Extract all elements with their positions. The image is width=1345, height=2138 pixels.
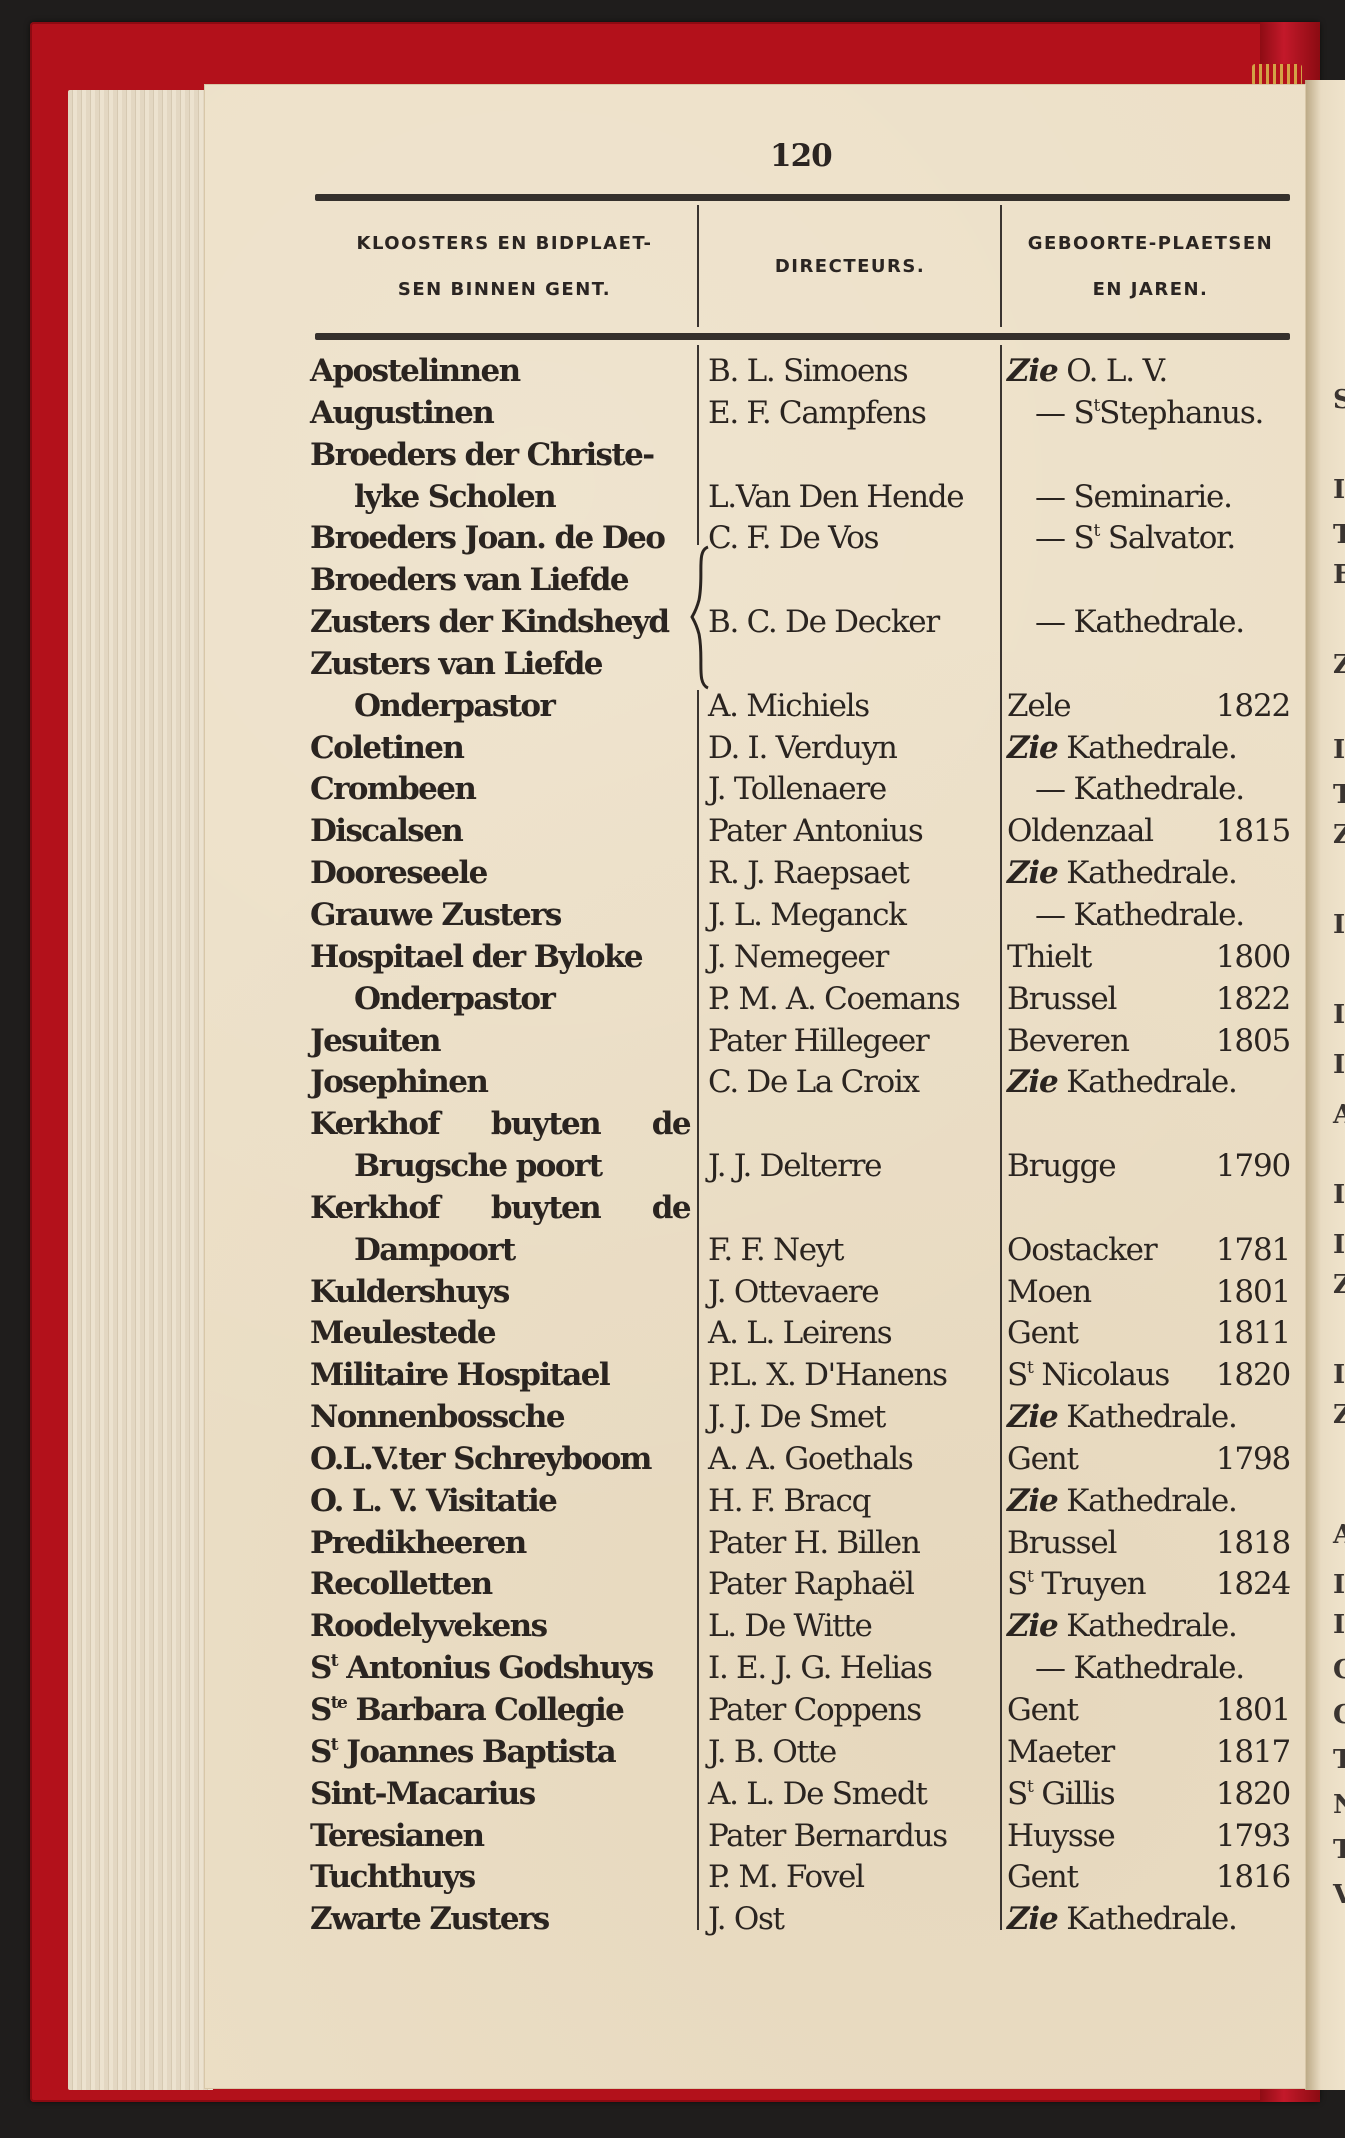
reference-target: Kathedrale. xyxy=(1073,897,1243,933)
birthplace: Moen xyxy=(1007,1271,1091,1313)
institution-name: Jesuiten xyxy=(310,1023,440,1059)
institution-cell: Onderpastor xyxy=(310,685,739,727)
word: Kerkhof xyxy=(310,1103,439,1145)
director-cell: A. L. De Smedt xyxy=(708,1773,1000,1815)
birthplace: Oostacker xyxy=(1007,1229,1156,1271)
director-cell: H. F. Bracq xyxy=(708,1480,1000,1522)
director-cell: E. F. Campfens xyxy=(708,392,1000,434)
director-cell: Pater Hillegeer xyxy=(708,1020,1000,1062)
table-row: Broeders der Christe- xyxy=(310,434,1300,476)
table-row: MeulestedeA. L. LeirensGent1811 xyxy=(310,1312,1300,1354)
institution-cell: Augustinen xyxy=(310,392,695,434)
director-cell: L.Van Den Hende xyxy=(708,476,1000,518)
edge-letter: N xyxy=(1333,1790,1345,1820)
place-name: Truyen xyxy=(1033,1566,1146,1602)
birth-year: 1801 xyxy=(1216,1271,1290,1313)
table-row: lyke ScholenL.Van Den Hende— Seminarie. xyxy=(310,476,1300,518)
birth-year: 1800 xyxy=(1216,936,1290,978)
table-row: CrombeenJ. Tollenaere— Kathedrale. xyxy=(310,768,1300,810)
edge-letter: C xyxy=(1333,1655,1345,1685)
director-cell: Pater H. Billen xyxy=(708,1522,1000,1564)
table-row: OnderpastorP. M. A. CoemansBrussel1822 xyxy=(310,978,1300,1020)
edge-letter: I xyxy=(1333,1230,1345,1260)
institution-cell: Zwarte Zusters xyxy=(310,1898,695,1940)
institution-cell: Coletinen xyxy=(310,727,695,769)
edge-letter: I xyxy=(1333,475,1345,505)
birth-year: 1801 xyxy=(1216,1689,1290,1731)
institution-name: Teresianen xyxy=(310,1818,483,1854)
place-name: Brussel xyxy=(1007,981,1116,1017)
director-cell: Pater Coppens xyxy=(708,1689,1000,1731)
birth-year: 1820 xyxy=(1216,1773,1290,1815)
table-row: TeresianenPater BernardusHuysse1793 xyxy=(310,1815,1300,1857)
zie-label: Zie xyxy=(1007,855,1058,891)
table-row: Zwarte ZustersJ. OstZie Kathedrale. xyxy=(310,1898,1300,1940)
header-bottom-rule xyxy=(315,333,1290,340)
birthplace: Brugge xyxy=(1007,1145,1115,1187)
table-row: DampoortF. F. NeytOostacker1781 xyxy=(310,1229,1300,1271)
zie-label: Zie xyxy=(1007,1901,1058,1937)
page-gutter xyxy=(1305,80,1345,2090)
director-cell: Pater Antonius xyxy=(708,810,1000,852)
institution-name: Grauwe Zusters xyxy=(310,897,561,933)
institution-name: Predikheeren xyxy=(310,1525,526,1561)
table-row: JosephinenC. De La CroixZie Kathedrale. xyxy=(310,1061,1300,1103)
word: de xyxy=(652,1187,690,1229)
institution-name: Onderpastor xyxy=(354,688,554,724)
column-header-institutions: KLOOSTERS EN BIDPLAET- SEN BINNEN GENT. xyxy=(312,204,697,330)
director-cell: D. I. Verduyn xyxy=(708,727,1000,769)
institution-name: Meulestede xyxy=(310,1315,495,1351)
institution-name: Roodelyvekens xyxy=(310,1608,546,1644)
table-row: O.L.V.ter SchreyboomA. A. GoethalsGent17… xyxy=(310,1438,1300,1480)
saint-prefix: S xyxy=(310,1650,331,1686)
birth-year: 1818 xyxy=(1216,1522,1290,1564)
table-row: NonnenbosscheJ. J. De SmetZie Kathedrale… xyxy=(310,1396,1300,1438)
institution-cell: Militaire Hospitael xyxy=(310,1354,695,1396)
institution-name: Broeders der Christe- xyxy=(310,437,654,473)
birth-year: 1781 xyxy=(1216,1229,1290,1271)
institution-name: Hospitael der Byloke xyxy=(310,939,642,975)
institution-name: Dooreseele xyxy=(310,855,487,891)
institution-name: Zwarte Zusters xyxy=(310,1901,549,1937)
birth-year: 1815 xyxy=(1216,810,1290,852)
edge-letter: C xyxy=(1333,1700,1345,1730)
institution-cell: Brugsche poort xyxy=(310,1145,739,1187)
institution-cell: lyke Scholen xyxy=(310,476,739,518)
table-row: TuchthuysP. M. FovelGent1816 xyxy=(310,1856,1300,1898)
edge-letter: E xyxy=(1333,560,1345,590)
place-name: Gent xyxy=(1007,1441,1078,1477)
page-number: 120 xyxy=(770,138,830,174)
header-line: EN JAREN. xyxy=(1093,267,1209,313)
cross-reference: — St Salvator. xyxy=(1035,517,1235,559)
birth-year: 1805 xyxy=(1216,1020,1290,1062)
institution-cell: Meulestede xyxy=(310,1312,695,1354)
header-divider xyxy=(1000,205,1002,327)
director-cell: B. L. Simoens xyxy=(708,350,1000,392)
birthplace: Oldenzaal xyxy=(1007,810,1153,852)
institution-name: Sint-Macarius xyxy=(310,1776,535,1812)
saint-prefix: S xyxy=(310,1692,331,1728)
cross-reference: Zie Kathedrale. xyxy=(1007,1396,1237,1438)
institution-name: Onderpastor xyxy=(354,981,554,1017)
word: buyten xyxy=(491,1187,600,1229)
director-cell: J. J. De Smet xyxy=(708,1396,1000,1438)
place-name: Brussel xyxy=(1007,1525,1116,1561)
page-edges xyxy=(68,90,213,2090)
director-cell: R. J. Raepsaet xyxy=(708,852,1000,894)
institution-cell: Broeders van Liefde xyxy=(310,559,695,601)
table-row: OnderpastorA. MichielsZele1822 xyxy=(310,685,1300,727)
table-row: DiscalsenPater AntoniusOldenzaal1815 xyxy=(310,810,1300,852)
institution-cell: Kerkhofbuytende xyxy=(310,1103,690,1145)
institution-cell: Crombeen xyxy=(310,768,695,810)
director-cell: I. E. J. G. Helias xyxy=(708,1647,1000,1689)
place-name: Beveren xyxy=(1007,1023,1129,1059)
institution-cell: Dampoort xyxy=(310,1229,739,1271)
reference-target: Kathedrale. xyxy=(1066,1483,1236,1519)
institution-cell: Discalsen xyxy=(310,810,695,852)
institution-cell: Ste Barbara Collegie xyxy=(310,1689,695,1731)
institution-name: Brugsche poort xyxy=(354,1148,601,1184)
institution-cell: Zusters van Liefde xyxy=(310,643,695,685)
reference-target: Kathedrale. xyxy=(1066,1399,1236,1435)
header-line: KLOOSTERS EN BIDPLAET- xyxy=(357,221,653,267)
cross-reference: — Kathedrale. xyxy=(1035,601,1244,643)
table-row: ColetinenD. I. VerduynZie Kathedrale. xyxy=(310,727,1300,769)
birth-year: 1820 xyxy=(1216,1354,1290,1396)
column-header-birthplaces: GEBOORTE-PLAETSEN EN JAREN. xyxy=(1003,204,1298,330)
birthplace: St Gillis xyxy=(1007,1773,1114,1815)
birthplace: Gent xyxy=(1007,1689,1078,1731)
institution-name: Augustinen xyxy=(310,395,493,431)
birth-year: 1822 xyxy=(1216,685,1290,727)
reference-target: Kathedrale. xyxy=(1066,730,1236,766)
birth-year: 1798 xyxy=(1216,1438,1290,1480)
place-name: Huysse xyxy=(1007,1818,1114,1854)
cross-reference: Zie Kathedrale. xyxy=(1007,727,1237,769)
institution-name: Crombeen xyxy=(310,771,475,807)
birthplace: Huysse xyxy=(1007,1815,1114,1857)
birthplace: Gent xyxy=(1007,1438,1078,1480)
place-name: Moen xyxy=(1007,1274,1091,1310)
cross-reference: — Seminarie. xyxy=(1035,476,1232,518)
saint-prefix: S xyxy=(1007,1566,1027,1602)
reference-target: Kathedrale. xyxy=(1066,1608,1236,1644)
edge-letter: Z xyxy=(1333,1400,1345,1430)
table-row: St Joannes BaptistaJ. B. OtteMaeter1817 xyxy=(310,1731,1300,1773)
institution-cell: Sint-Macarius xyxy=(310,1773,695,1815)
institution-name: O.L.V.ter Schreyboom xyxy=(310,1441,651,1477)
institution-name: O. L. V. Visitatie xyxy=(310,1483,556,1519)
institution-name: Dampoort xyxy=(354,1232,515,1268)
table-row: Brugsche poortJ. J. DelterreBrugge1790 xyxy=(310,1145,1300,1187)
table-row: Militaire HospitaelP.L. X. D'HanensSt Ni… xyxy=(310,1354,1300,1396)
institution-name: Josephinen xyxy=(310,1064,487,1100)
cross-reference: — Kathedrale. xyxy=(1035,1647,1244,1689)
birthplace: Beveren xyxy=(1007,1020,1129,1062)
institution-name: Broeders van Liefde xyxy=(310,562,628,598)
header-line: DIRECTEURS. xyxy=(775,244,925,290)
ditto-dash: — xyxy=(1035,771,1065,807)
table-row: RecollettenPater RaphaëlSt Truyen1824 xyxy=(310,1563,1300,1605)
table-row: Hospitael der BylokeJ. NemegeerThielt180… xyxy=(310,936,1300,978)
institution-name: Militaire Hospitael xyxy=(310,1357,609,1393)
institution-cell: Roodelyvekens xyxy=(310,1605,695,1647)
birth-year: 1790 xyxy=(1216,1145,1290,1187)
cross-reference: Zie Kathedrale. xyxy=(1007,852,1237,894)
reference-target: Kathedrale. xyxy=(1073,1650,1243,1686)
place-name: Oldenzaal xyxy=(1007,813,1153,849)
birthplace: Brussel xyxy=(1007,978,1116,1020)
word: de xyxy=(652,1103,690,1145)
birth-year: 1817 xyxy=(1216,1731,1290,1773)
institution-cell: Grauwe Zusters xyxy=(310,894,695,936)
institution-cell: Dooreseele xyxy=(310,852,695,894)
place-name: Gillis xyxy=(1033,1776,1115,1812)
institution-cell: Recolletten xyxy=(310,1563,695,1605)
place-name: Maeter xyxy=(1007,1734,1114,1770)
institution-cell: Kerkhofbuytende xyxy=(310,1187,690,1229)
institution-cell: Broeders der Christe- xyxy=(310,434,695,476)
superscript: te xyxy=(331,1693,346,1713)
ditto-dash: — xyxy=(1035,520,1065,556)
director-cell: F. F. Neyt xyxy=(708,1229,1000,1271)
reference-target: Salvator. xyxy=(1108,520,1235,556)
institution-name: lyke Scholen xyxy=(354,479,555,515)
ditto-dash: — xyxy=(1035,479,1065,515)
place-name: Thielt xyxy=(1007,939,1091,975)
cross-reference: — StStephanus. xyxy=(1035,392,1263,434)
institution-name: Discalsen xyxy=(310,813,462,849)
birth-year: 1822 xyxy=(1216,978,1290,1020)
birth-year: 1824 xyxy=(1216,1563,1290,1605)
institution-cell: Hospitael der Byloke xyxy=(310,936,695,978)
directory-table: ApostelinnenB. L. SimoensZie O. L. V.Aug… xyxy=(310,350,1300,1940)
reference-target: Seminarie. xyxy=(1073,479,1231,515)
edge-letter: I xyxy=(1333,1610,1345,1640)
institution-name: Zusters van Liefde xyxy=(310,646,602,682)
edge-letter: A xyxy=(1333,1520,1345,1550)
cross-reference: — Kathedrale. xyxy=(1035,894,1244,936)
institution-cell: Predikheeren xyxy=(310,1522,695,1564)
saint-prefix: S xyxy=(1073,520,1093,556)
director-cell: J. B. Otte xyxy=(708,1731,1000,1773)
zie-label: Zie xyxy=(1007,730,1058,766)
birthplace: Maeter xyxy=(1007,1731,1114,1773)
saint-prefix: S xyxy=(1007,1776,1027,1812)
institution-name: Kuldershuys xyxy=(310,1274,509,1310)
header-line: SEN BINNEN GENT. xyxy=(398,267,611,313)
director-cell: A. Michiels xyxy=(708,685,1000,727)
edge-letter: Z xyxy=(1333,1270,1345,1300)
director-cell: C. De La Croix xyxy=(708,1061,1000,1103)
institution-cell: Jesuiten xyxy=(310,1020,695,1062)
edge-letter: Z xyxy=(1333,820,1345,850)
director-cell: J. Tollenaere xyxy=(708,768,1000,810)
director-cell: A. L. Leirens xyxy=(708,1312,1000,1354)
reference-target: O. L. V. xyxy=(1066,353,1167,389)
ditto-dash: — xyxy=(1035,395,1065,431)
institution-cell: O. L. V. Visitatie xyxy=(310,1480,695,1522)
institution-name: Joannes Baptista xyxy=(337,1734,615,1770)
director-cell: J. Ottevaere xyxy=(708,1271,1000,1313)
edge-letter: I xyxy=(1333,1000,1345,1030)
header-top-rule xyxy=(315,194,1290,201)
director-cell: C. F. De Vos xyxy=(708,517,1000,559)
institution-name: Zusters der Kindsheyd xyxy=(310,604,669,640)
director-cell: A. A. Goethals xyxy=(708,1438,1000,1480)
edge-letter: I xyxy=(1333,910,1345,940)
edge-letter: I xyxy=(1333,735,1345,765)
table-row: AugustinenE. F. Campfens— StStephanus. xyxy=(310,392,1300,434)
reference-target: Kathedrale. xyxy=(1066,855,1236,891)
edge-letter: S xyxy=(1333,385,1345,415)
director-cell: J. Nemegeer xyxy=(708,936,1000,978)
institution-cell: Onderpastor xyxy=(310,978,739,1020)
table-row: DooreseeleR. J. RaepsaetZie Kathedrale. xyxy=(310,852,1300,894)
place-name: Gent xyxy=(1007,1315,1078,1351)
director-cell: B. C. De Decker xyxy=(708,601,1000,643)
birthplace: Brussel xyxy=(1007,1522,1116,1564)
edge-letter: T xyxy=(1333,1745,1345,1775)
institution-cell: St Joannes Baptista xyxy=(310,1731,695,1773)
superscript: t xyxy=(1094,521,1100,541)
edge-letter: T xyxy=(1333,1835,1345,1865)
institution-cell: Broeders Joan. de Deo xyxy=(310,517,695,559)
table-row: Broeders Joan. de DeoC. F. De Vos— St Sa… xyxy=(310,517,1300,559)
director-cell: Pater Raphaël xyxy=(708,1563,1000,1605)
director-cell: Pater Bernardus xyxy=(708,1815,1000,1857)
director-cell: J. Ost xyxy=(708,1898,1000,1940)
ditto-dash: — xyxy=(1035,604,1065,640)
institution-cell: O.L.V.ter Schreyboom xyxy=(310,1438,695,1480)
header-divider xyxy=(697,205,699,327)
institution-name: Recolletten xyxy=(310,1566,492,1602)
zie-label: Zie xyxy=(1007,1608,1058,1644)
reference-target: Kathedrale. xyxy=(1066,1901,1236,1937)
zie-label: Zie xyxy=(1007,1399,1058,1435)
reference-target: Kathedrale. xyxy=(1066,1064,1236,1100)
cross-reference: Zie Kathedrale. xyxy=(1007,1898,1237,1940)
saint-prefix: S xyxy=(1007,1357,1027,1393)
birthplace: St Truyen xyxy=(1007,1563,1145,1605)
director-cell: P. M. A. Coemans xyxy=(708,978,1000,1020)
birth-year: 1793 xyxy=(1216,1815,1290,1857)
director-cell: J. L. Meganck xyxy=(708,894,1000,936)
table-row: PredikheerenPater H. BillenBrussel1818 xyxy=(310,1522,1300,1564)
table-row: O. L. V. VisitatieH. F. BracqZie Kathedr… xyxy=(310,1480,1300,1522)
gilt-ornament xyxy=(1252,64,1302,86)
director-cell: P.L. X. D'Hanens xyxy=(708,1354,1000,1396)
edge-letter: I xyxy=(1333,1050,1345,1080)
saint-prefix: S xyxy=(1073,395,1093,431)
edge-letter: I xyxy=(1333,1360,1345,1390)
institution-cell: Apostelinnen xyxy=(310,350,695,392)
table-row: Broeders van Liefde xyxy=(310,559,1300,601)
table-row: ApostelinnenB. L. SimoensZie O. L. V. xyxy=(310,350,1300,392)
cross-reference: Zie Kathedrale. xyxy=(1007,1605,1237,1647)
institution-name: Tuchthuys xyxy=(310,1859,475,1895)
institution-cell: Teresianen xyxy=(310,1815,695,1857)
zie-label: Zie xyxy=(1007,1064,1058,1100)
table-row: Kerkhofbuytende xyxy=(310,1103,1300,1145)
director-cell: L. De Witte xyxy=(708,1605,1000,1647)
word: buyten xyxy=(491,1103,600,1145)
institution-cell: St Antonius Godshuys xyxy=(310,1647,695,1689)
institution-cell: Josephinen xyxy=(310,1061,695,1103)
table-row: Zusters der KindsheydB. C. De Decker— Ka… xyxy=(310,601,1300,643)
table-row: JesuitenPater HillegeerBeveren1805 xyxy=(310,1020,1300,1062)
edge-letter: T xyxy=(1333,780,1345,810)
table-row: Zusters van Liefde xyxy=(310,643,1300,685)
reference-target: Kathedrale. xyxy=(1073,604,1243,640)
director-cell: J. J. Delterre xyxy=(708,1145,1000,1187)
institution-name: Apostelinnen xyxy=(310,353,520,389)
table-row: KuldershuysJ. OttevaereMoen1801 xyxy=(310,1271,1300,1313)
ditto-dash: — xyxy=(1035,897,1065,933)
birth-year: 1816 xyxy=(1216,1856,1290,1898)
place-name: Gent xyxy=(1007,1859,1078,1895)
institution-name: Antonius Godshuys xyxy=(337,1650,653,1686)
institution-cell: Tuchthuys xyxy=(310,1856,695,1898)
reference-target: Kathedrale. xyxy=(1073,771,1243,807)
word: Kerkhof xyxy=(310,1187,439,1229)
place-name: Zele xyxy=(1007,688,1070,724)
birthplace: Thielt xyxy=(1007,936,1091,978)
edge-letter: Z xyxy=(1333,650,1345,680)
place-name: Brugge xyxy=(1007,1148,1115,1184)
edge-letter: V xyxy=(1333,1880,1345,1910)
table-row: Sint-MacariusA. L. De SmedtSt Gillis1820 xyxy=(310,1773,1300,1815)
zie-label: Zie xyxy=(1007,353,1058,389)
institution-cell: Kuldershuys xyxy=(310,1271,695,1313)
birth-year: 1811 xyxy=(1216,1312,1290,1354)
table-row: Grauwe ZustersJ. L. Meganck— Kathedrale. xyxy=(310,894,1300,936)
edge-letter: I xyxy=(1333,1180,1345,1210)
place-name: Oostacker xyxy=(1007,1232,1156,1268)
institution-cell: Nonnenbossche xyxy=(310,1396,695,1438)
ditto-dash: — xyxy=(1035,1650,1065,1686)
birthplace: Gent xyxy=(1007,1312,1078,1354)
institution-name: Nonnenbossche xyxy=(310,1399,564,1435)
table-row: St Antonius GodshuysI. E. J. G. Helias— … xyxy=(310,1647,1300,1689)
edge-letter: I xyxy=(1333,1570,1345,1600)
reference-target: Stephanus. xyxy=(1099,395,1263,431)
header-line: GEBOORTE-PLAETSEN xyxy=(1028,221,1273,267)
cross-reference: Zie Kathedrale. xyxy=(1007,1480,1237,1522)
edge-letter: T xyxy=(1333,520,1345,550)
table-row: RoodelyvekensL. De WitteZie Kathedrale. xyxy=(310,1605,1300,1647)
birthplace: St Nicolaus xyxy=(1007,1354,1169,1396)
column-header-directors: DIRECTEURS. xyxy=(700,204,1000,330)
saint-prefix: S xyxy=(310,1734,331,1770)
cross-reference: Zie O. L. V. xyxy=(1007,350,1167,392)
edge-letter: A xyxy=(1333,1100,1345,1130)
director-cell: P. M. Fovel xyxy=(708,1856,1000,1898)
cross-reference: — Kathedrale. xyxy=(1035,768,1244,810)
birthplace: Gent xyxy=(1007,1856,1078,1898)
place-name: Nicolaus xyxy=(1033,1357,1169,1393)
institution-name: Coletinen xyxy=(310,730,463,766)
zie-label: Zie xyxy=(1007,1483,1058,1519)
institution-name: Broeders Joan. de Deo xyxy=(310,520,664,556)
cross-reference: Zie Kathedrale. xyxy=(1007,1061,1237,1103)
table-row: Ste Barbara CollegiePater CoppensGent180… xyxy=(310,1689,1300,1731)
institution-name: Barbara Collegie xyxy=(346,1692,623,1728)
birthplace: Zele xyxy=(1007,685,1070,727)
